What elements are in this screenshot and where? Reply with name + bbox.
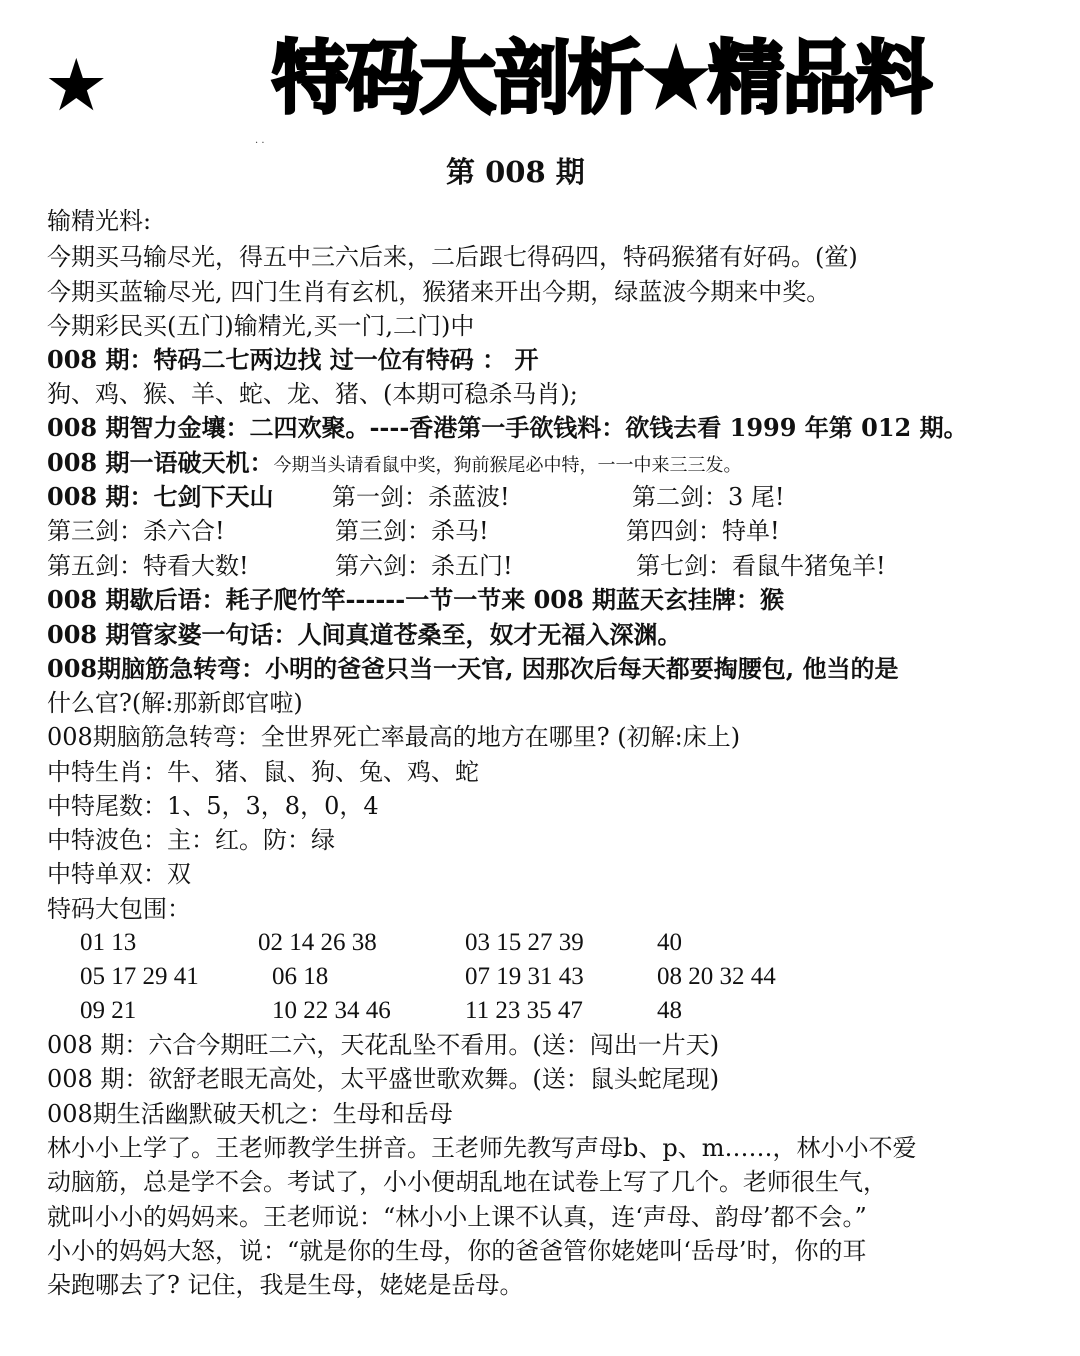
- story-line: 小小的妈妈大怒，说：“就是你的生母，你的爸爸管你姥姥叫‘岳母’时，你的耳: [47, 1234, 867, 1268]
- number-cell: 08 20 32 44: [657, 960, 776, 994]
- section-heading: 008期生活幽默破天机之：生母和岳母: [47, 1097, 453, 1131]
- number-cell: 02 14 26 38: [258, 926, 377, 960]
- text-line: 今期买马输尽光，得五中三六后来，二后跟七得码四，特码猴猪有好码。(鲎): [47, 240, 858, 274]
- number-cell: 11 23 35 47: [465, 994, 583, 1028]
- text-line: 今期彩民买(五门)输精光,买一门,二门)中: [47, 309, 474, 343]
- text-line: 今期买蓝输尽光, 四门生肖有玄机，猴猪来开出今期，绿蓝波今期来中奖。: [47, 275, 830, 309]
- number-cell: 07 19 31 43: [465, 960, 584, 994]
- story-line: 就叫小小的妈妈来。王老师说：“林小小上课不认真，连‘声母、韵母’都不会。”: [47, 1200, 867, 1234]
- number-cell: 05 17 29 41: [80, 960, 199, 994]
- sword-cell: 第一剑：杀蓝波!: [332, 480, 510, 514]
- section-heading: 特码大包围：: [47, 892, 191, 926]
- text-line: 008 期：六合今期旺二六，天花乱坠不看用。(送：闯出一片天): [47, 1028, 719, 1062]
- number-cell: 03 15 27 39: [465, 926, 584, 960]
- story-line: 朵跑哪去了? 记住，我是生母，姥姥是岳母。: [47, 1268, 524, 1302]
- text-line: 什么官?(解:那新郎官啦): [47, 686, 303, 720]
- page-title: 特码大剖析★精品料: [272, 26, 930, 131]
- sword-cell: 008 期：七剑下天山: [47, 480, 273, 514]
- text-line: 008期脑筋急转弯：小明的爸爸只当一天官, 因那次后每天都要掏腰包, 他当的是: [47, 652, 899, 686]
- sword-cell: 第四剑：特单!: [626, 514, 780, 548]
- text-line: 008 期智力金壤：二四欢聚。----香港第一手欲钱料：欲钱去看 1999 年第…: [47, 411, 968, 445]
- issue-number: 第 008 期: [446, 152, 585, 192]
- text-line: 008 期：欲舒老眼无高处，太平盛世歌欢舞。(送：鼠头蛇尾现): [47, 1062, 719, 1096]
- text-line: 008 期歇后语：耗子爬竹竿------一节一节来 008 期蓝天玄挂牌：猴: [47, 583, 784, 617]
- tail-number-result: 中特尾数：1、5，3，8，0，4: [47, 789, 379, 823]
- decorative-dots: · ·: [255, 138, 265, 149]
- text-line: 008 期：特码二七两边找 过一位有特码 ： 开: [47, 343, 539, 377]
- text-line: 008期脑筋急转弯：全世界死亡率最高的地方在哪里? (初解:床上): [47, 720, 740, 754]
- number-cell: 40: [657, 926, 682, 960]
- sword-cell: 第三剑：杀马!: [335, 514, 489, 548]
- line-text: 今期当头请看鼠中奖，狗前猴尾必中特，一一中来三三发。: [273, 455, 741, 476]
- sword-cell: 第五剑：特看大数!: [47, 549, 249, 583]
- number-cell: 01 13: [80, 926, 136, 960]
- number-cell: 06 18: [272, 960, 328, 994]
- number-cell: 09 21: [80, 994, 136, 1028]
- line-prefix: 008 期一语破天机：: [47, 448, 273, 477]
- text-line: 008 期管家婆一句话：人间真道苍桑至，奴才无福入深渊。: [47, 618, 681, 652]
- sword-cell: 第六剑：杀五门!: [335, 549, 513, 583]
- section-heading: 输精光料:: [47, 204, 151, 238]
- wave-color-result: 中特波色：主：红。防：绿: [47, 823, 335, 857]
- text-line: 008 期一语破天机：今期当头请看鼠中奖，狗前猴尾必中特，一一中来三三发。: [47, 446, 741, 483]
- number-cell: 10 22 34 46: [272, 994, 391, 1028]
- sword-cell: 第七剑：看鼠牛猪兔羊!: [636, 549, 886, 583]
- number-cell: 48: [657, 994, 682, 1028]
- sword-cell: 第三剑：杀六合!: [47, 514, 225, 548]
- star-icon: ★: [44, 40, 109, 130]
- odd-even-result: 中特单双：双: [47, 857, 191, 891]
- story-line: 动脑筋，总是学不会。考试了，小小便胡乱地在试卷上写了几个。老师很生气，: [47, 1165, 887, 1199]
- story-line: 林小小上学了。王老师教学生拼音。王老师先教写声母b、p、m……，林小小不爱: [47, 1131, 916, 1165]
- zodiac-result: 中特生肖：牛、猪、鼠、狗、兔、鸡、蛇: [47, 755, 479, 789]
- zodiac-list: 狗、鸡、猴、羊、蛇、龙、猪、(本期可稳杀马肖);: [47, 377, 578, 411]
- sword-cell: 第二剑：3 尾!: [632, 480, 785, 514]
